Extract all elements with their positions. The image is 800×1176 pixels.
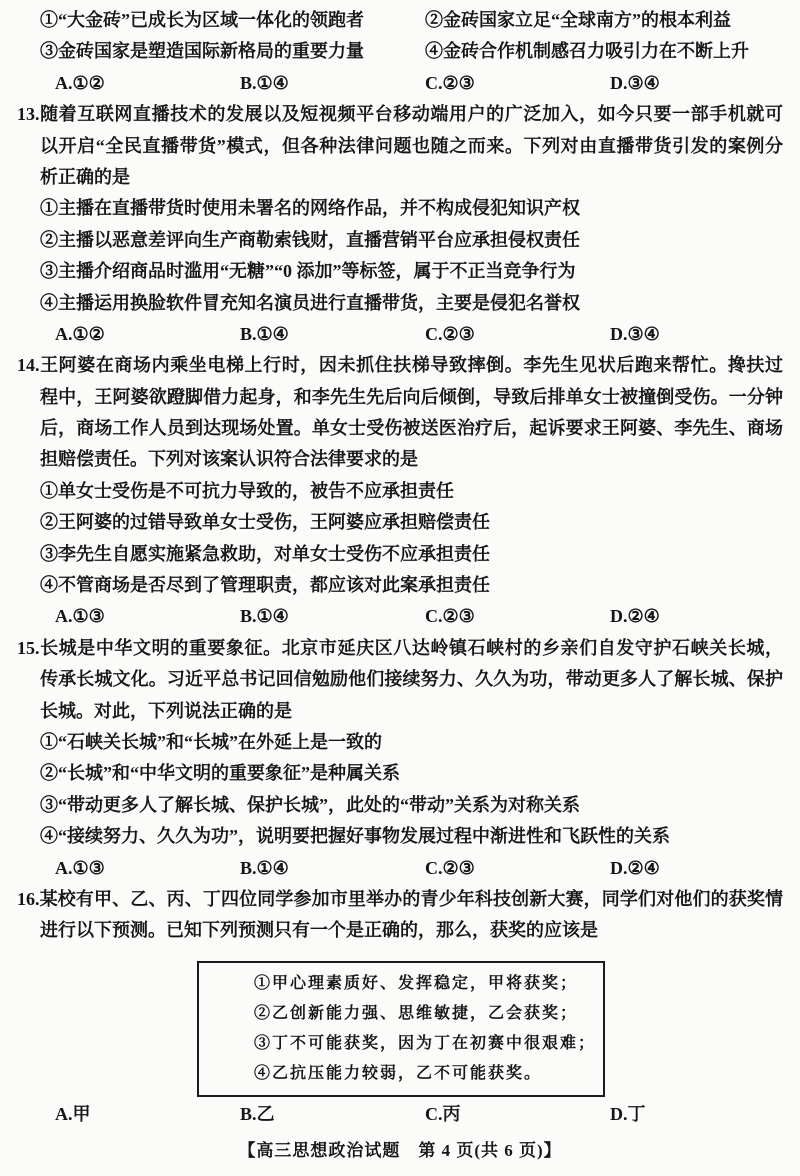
q14-number: 14. <box>17 355 40 375</box>
q15-answer-a: A.①③ <box>55 853 240 884</box>
q15-option-4: ④“接续努力、久久为功”，说明要把握好事物发展过程中渐进性和飞跃性的关系 <box>0 821 800 852</box>
q13-option-4: ④主播运用换脸软件冒充知名演员进行直播带货，主要是侵犯名誉权 <box>0 288 800 319</box>
q16-answer-b: B.乙 <box>240 1099 425 1130</box>
q12-answer-row: A.①② B.①④ C.②③ D.③④ <box>0 68 800 99</box>
q15-answer-c: C.②③ <box>425 853 610 884</box>
q15-stem-line: 15.长城是中华文明的重要象征。北京市延庆区八达岭镇石峡村的乡亲们自发守护石峡关… <box>0 633 800 664</box>
q13-stem-line: 析正确的是 <box>0 162 800 193</box>
q14-stem-line: 程中，王阿婆欲蹬脚借力起身，和李先生先后向后倾倒，导致后排单女士被撞倒受伤。一分… <box>0 382 800 413</box>
question-13: 13.随着互联网直播技术的发展以及短视频平台移动端用户的广泛加入，如今只要一部手… <box>0 99 800 350</box>
q12-answer-b: B.①④ <box>240 68 425 99</box>
q13-answer-a: A.①② <box>55 319 240 350</box>
q13-answer-b: B.①④ <box>240 319 425 350</box>
q15-option-3: ③“带动更多人了解长城、保护长城”，此处的“带动”关系为对称关系 <box>0 790 800 821</box>
q13-option-1: ①主播在直播带货时使用未署名的网络作品，并不构成侵犯知识产权 <box>0 193 800 224</box>
q15-option-1: ①“石峡关长城”和“长城”在外延上是一致的 <box>0 727 800 758</box>
page-footer: 【高三思想政治试题 第 4 页(共 6 页)】 <box>0 1136 800 1166</box>
q15-answer-row: A.①③ B.①④ C.②③ D.②④ <box>0 853 800 884</box>
q16-stem-line: 16.某校有甲、乙、丙、丁四位同学参加市里举办的青少年科技创新大赛，同学们对他们… <box>0 884 800 915</box>
question-14: 14.王阿婆在商场内乘坐电梯上行时，因未抓住扶梯导致摔倒。李先生见状后跑来帮忙。… <box>0 350 800 633</box>
q16-stem-text: 某校有甲、乙、丙、丁四位同学参加市里举办的青少年科技创新大赛，同学们对他们的获奖… <box>17 889 783 915</box>
q13-answer-d: D.③④ <box>610 319 660 350</box>
q16-number: 16. <box>17 889 40 909</box>
q14-answer-b: B.①④ <box>240 601 425 632</box>
q12-option-4: ④金砖合作机制感召力吸引力在不断上升 <box>425 36 800 67</box>
q13-option-2: ②主播以恶意差评向生产商勒索钱财，直播营销平台应承担侵权责任 <box>0 225 800 256</box>
q14-stem-line: 14.王阿婆在商场内乘坐电梯上行时，因未抓住扶梯导致摔倒。李先生见状后跑来帮忙。… <box>0 350 800 381</box>
question-16: 16.某校有甲、乙、丙、丁四位同学参加市里举办的青少年科技创新大赛，同学们对他们… <box>0 884 800 1130</box>
q13-stem-line: 13.随着互联网直播技术的发展以及短视频平台移动端用户的广泛加入，如今只要一部手… <box>0 99 800 130</box>
q15-answer-b: B.①④ <box>240 853 425 884</box>
q15-answer-d: D.②④ <box>610 853 660 884</box>
q14-answer-row: A.①③ B.①④ C.②③ D.②④ <box>0 601 800 632</box>
q14-option-3: ③李先生自愿实施紧急救助，对单女士受伤不应承担责任 <box>0 539 800 570</box>
q14-answer-d: D.②④ <box>610 601 660 632</box>
q12-option-pair-row: ③金砖国家是塑造国际新格局的重要力量 ④金砖合作机制感召力吸引力在不断上升 <box>0 36 800 67</box>
q14-stem-text: 王阿婆在商场内乘坐电梯上行时，因未抓住扶梯导致摔倒。李先生见状后跑来帮忙。搀扶过 <box>40 355 784 375</box>
prediction-box: ①甲心理素质好、发挥稳定，甲将获奖； ②乙创新能力强、思维敏捷，乙会获奖； ③丁… <box>197 961 605 1097</box>
q13-answer-row: A.①② B.①④ C.②③ D.③④ <box>0 319 800 350</box>
q16-answer-d: D.丁 <box>610 1099 646 1130</box>
prediction-line-2: ②乙创新能力强、思维敏捷，乙会获奖； <box>254 999 603 1029</box>
q12-answer-a: A.①② <box>55 68 240 99</box>
q14-stem-line: 担赔偿责任。下列对该案认识符合法律要求的是 <box>0 444 800 475</box>
q12-option-2: ②金砖国家立足“全球南方”的根本利益 <box>425 5 800 36</box>
q15-stem-line: 长城。对此，下列说法正确的是 <box>0 696 800 727</box>
question-15: 15.长城是中华文明的重要象征。北京市延庆区八达岭镇石峡村的乡亲们自发守护石峡关… <box>0 633 800 884</box>
q14-answer-c: C.②③ <box>425 601 610 632</box>
exam-page: ①“大金砖”已成长为区域一体化的领跑者 ②金砖国家立足“全球南方”的根本利益 ③… <box>0 0 800 1176</box>
q12-option-pair-row: ①“大金砖”已成长为区域一体化的领跑者 ②金砖国家立足“全球南方”的根本利益 <box>0 5 800 36</box>
q13-answer-c: C.②③ <box>425 319 610 350</box>
q12-option-3: ③金砖国家是塑造国际新格局的重要力量 <box>40 36 425 67</box>
q16-answer-row: A.甲 B.乙 C.丙 D.丁 <box>0 1099 800 1130</box>
q15-stem-line: 传承长城文化。习近平总书记回信勉励他们接续努力、久久为功，带动更多人了解长城、保… <box>0 664 800 695</box>
q12-answer-c: C.②③ <box>425 68 610 99</box>
q14-option-1: ①单女士受伤是不可抗力导致的，被告不应承担责任 <box>0 476 800 507</box>
q13-number: 13. <box>17 104 40 124</box>
prediction-line-1: ①甲心理素质好、发挥稳定，甲将获奖； <box>254 969 603 999</box>
prediction-line-3: ③丁不可能获奖，因为丁在初赛中很艰难； <box>254 1029 603 1059</box>
q14-stem-line: 后，商场工作人员到达现场处置。单女士受伤被送医治疗后，起诉要求王阿婆、李先生、商… <box>0 413 800 444</box>
q13-stem-text: 随着互联网直播技术的发展以及短视频平台移动端用户的广泛加入，如今只要一部手机就可 <box>40 104 784 124</box>
q16-answer-a: A.甲 <box>55 1099 240 1130</box>
q15-stem-text: 长城是中华文明的重要象征。北京市延庆区八达岭镇石峡村的乡亲们自发守护石峡关长城， <box>40 638 784 658</box>
q14-option-4: ④不管商场是否尽到了管理职责，都应该对此案承担责任 <box>0 570 800 601</box>
q15-option-2: ②“长城”和“中华文明的重要象征”是种属关系 <box>0 758 800 789</box>
q14-answer-a: A.①③ <box>55 601 240 632</box>
prediction-line-4: ④乙抗压能力较弱，乙不可能获奖。 <box>254 1059 603 1089</box>
q12-answer-d: D.③④ <box>610 68 660 99</box>
q14-option-2: ②王阿婆的过错导致单女士受伤，王阿婆应承担赔偿责任 <box>0 507 800 538</box>
q12-option-1: ①“大金砖”已成长为区域一体化的领跑者 <box>40 5 425 36</box>
q15-number: 15. <box>17 638 40 658</box>
q13-stem-line: 以开启“全民直播带货”模式，但各种法律问题也随之而来。下列对由直播带货引发的案例… <box>0 131 800 162</box>
q16-stem-line: 进行以下预测。已知下列预测只有一个是正确的，那么，获奖的应该是 <box>0 915 800 946</box>
q13-option-3: ③主播介绍商品时滥用“无糖”“0 添加”等标签，属于不正当竞争行为 <box>0 256 800 287</box>
q16-answer-c: C.丙 <box>425 1099 610 1130</box>
